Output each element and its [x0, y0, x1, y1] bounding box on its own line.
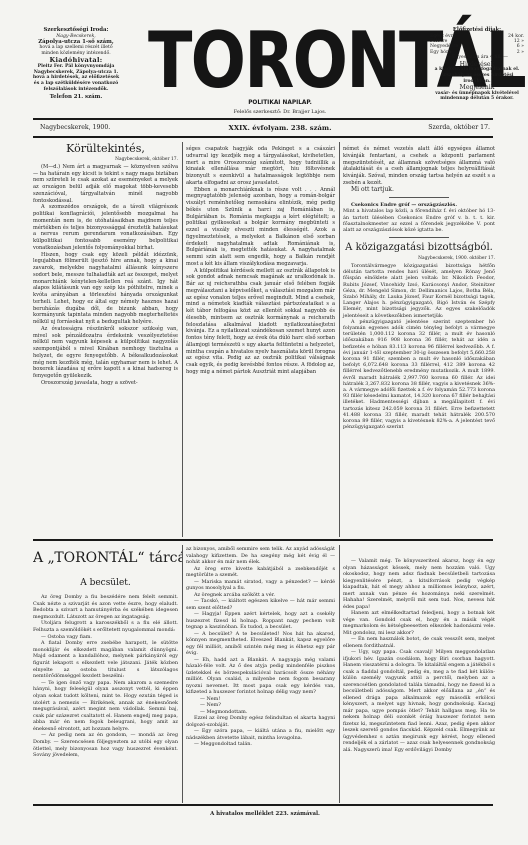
- column-divider: [339, 545, 340, 803]
- feuilleton-rule: [33, 539, 493, 541]
- paragraph: A külpolitikai kérdések mellett az osztr…: [186, 268, 335, 376]
- editor-line: Felelős szerkesztő: Dr. Brajjer Lajos.: [170, 109, 390, 115]
- article-title: Körültekintés,: [33, 142, 178, 156]
- paragraph: Hanem azt elmélkedtartad feledjeni, hogy…: [343, 610, 495, 636]
- ads-text: a kiadóhivatalban fogadtatnak el. Árszab…: [428, 67, 526, 84]
- paragraph: — Hagyja! Éppen azért kértelek, hogy azt…: [186, 611, 335, 631]
- publishing-office-text: Pleitz Fer. Pál könyvnyomdája Nagybecske…: [30, 64, 122, 93]
- article-continuation-right: német és német vezetés alatt álló egység…: [343, 146, 495, 431]
- official-supplement-note: A hivatalos melléklet 223. számával.: [175, 811, 355, 817]
- article-continuation-middle: séges csapatok hagyják oda Pekinget s a …: [186, 146, 335, 376]
- phone-number: Telefon 21. szám.: [30, 95, 122, 101]
- dateline-day: Szerda, október 17.: [418, 124, 490, 131]
- column-divider: [182, 142, 183, 537]
- article-dateline: Nagybecskerek, 1900. október 17.: [343, 256, 495, 263]
- paragraph: az bizonyos, amiből semmire sem telik. A…: [186, 546, 335, 566]
- feuilleton-column-1: Az öreg Domby a fiu beszédére nem felelt…: [33, 594, 178, 759]
- paragraph: — Én nem használok botot, de csak vessző…: [343, 636, 495, 649]
- editorial-office-heading: Szerkesztőségi Iroda:: [30, 28, 122, 34]
- paragraph: — Az pedig nem az én gondom, — mondá az …: [33, 732, 178, 758]
- paragraph: — Ugy, ugy papa. Csak csavalj! Milyen me…: [343, 649, 495, 753]
- column-divider: [182, 545, 183, 803]
- column-divider: [339, 142, 340, 537]
- dateline-place-year: Nagybecskerek, 1900.: [40, 124, 110, 131]
- paragraph: Hiszen, hogy csak egy közeli példát idéz…: [33, 252, 178, 326]
- paragraph: A fiatal Domby erre zsebébe harapott, le…: [33, 640, 178, 680]
- subscription-box: Előfizetési dijak: Egész évre24 kor. Fél…: [428, 28, 526, 102]
- newspaper-page: Szerkesztőségi Iroda: Nagy-Becskerek, Zá…: [0, 0, 528, 845]
- feuilleton-column-2: az bizonyos, amiből semmire sem telik. A…: [186, 546, 335, 748]
- paragraph: Az óvatosságra részünkről sokszor szüksé…: [33, 326, 178, 380]
- masthead-rule-top: [33, 118, 493, 120]
- article-korultekintes: Körültekintés, Nagybecskerek, október 17…: [33, 142, 178, 387]
- paragraph: Oroszország javaslata, hogy a szövet-: [33, 380, 178, 387]
- masthead-rule-bottom: [33, 136, 493, 138]
- newspaper-subtitle: POLITIKAI NAPILAP.: [170, 100, 390, 106]
- appears-text: vasár- és ünnepnapok kivételével mindenn…: [428, 91, 526, 102]
- paragraph: séges csapatok hagyják oda Pekinget s a …: [186, 146, 335, 187]
- paragraph: Ezzel az öreg Domby egész felindultan el…: [186, 715, 335, 728]
- paragraph: német és német vezetés alatt álló egység…: [343, 146, 495, 187]
- paragraph: (M—d.) Nem árt a magyarnak — köznyelven …: [33, 164, 178, 205]
- paragraph: Az öreg Domby a fiu beszédére nem felelt…: [33, 594, 178, 620]
- paragraph: — Meggondoltad talán.: [186, 741, 335, 748]
- paragraph: — Egy szóra papa, — kiáltá utána a fiu, …: [186, 728, 335, 741]
- paragraph: — Mariska mamát siratod, vagy a pénzedet…: [186, 579, 335, 592]
- paragraph: Torontálvármegye közigazgatási bizottság…: [343, 263, 495, 319]
- notice-text: Mint a hivatalos lap közli, a főrendiház…: [343, 208, 495, 233]
- paragraph: Ebben a monarchiánknak is része volt . .…: [186, 187, 335, 268]
- paragraph: Mi ott tartjuk.: [343, 187, 495, 194]
- dateline-volume: XXIX. évfolyam. 238. szám.: [200, 124, 360, 132]
- paragraph: — A becsület? A te becsületed! Nos hát h…: [186, 631, 335, 657]
- price-value: 2 »: [517, 50, 524, 55]
- feuilleton-story-title: A becsület.: [33, 578, 178, 588]
- paragraph: A pénzügyigazgató jelentése szerint szep…: [343, 319, 495, 431]
- newspaper-title: TORONTÁL: [148, 20, 412, 102]
- feuilleton-column-3: — Valamit még. Te könyvszeritenl akarsz,…: [343, 558, 495, 753]
- article-dateline: Nagybecskerek, október 17.: [33, 157, 178, 164]
- paragraph: A szomszédos országok, de a távoli világ…: [33, 204, 178, 251]
- paragraph: — Eh, hadd azt a Blankát. A nagyapja még…: [186, 657, 335, 696]
- section-divider: [389, 197, 449, 198]
- paragraph: — Valamit még. Te könyvszeritenl akarsz,…: [343, 558, 495, 610]
- paragraph: Utoljára felugrott a karosszékből s a fi…: [33, 620, 178, 633]
- paragraph: — Te igen önző vagy papa. Nem akarom a s…: [33, 680, 178, 733]
- section-divider: [389, 237, 449, 238]
- single-issue-price: — Egyes szám ára 4 fill. —: [428, 55, 526, 61]
- feuilleton-heading: A „TORONTÁL“ tárcája.: [33, 549, 183, 567]
- bottom-rule: [33, 804, 493, 806]
- paragraph: — Tacskó, — kiáltott egészen kikelve — h…: [186, 598, 335, 611]
- article-title-kozigazgatasi: A közigazgatási bizottságból.: [343, 241, 495, 255]
- paragraph: Az öreg erre kivette kabátjából a zsebke…: [186, 566, 335, 579]
- editorial-office-box: Szerkesztőségi Iroda: Nagy-Becskerek, Zá…: [30, 28, 122, 101]
